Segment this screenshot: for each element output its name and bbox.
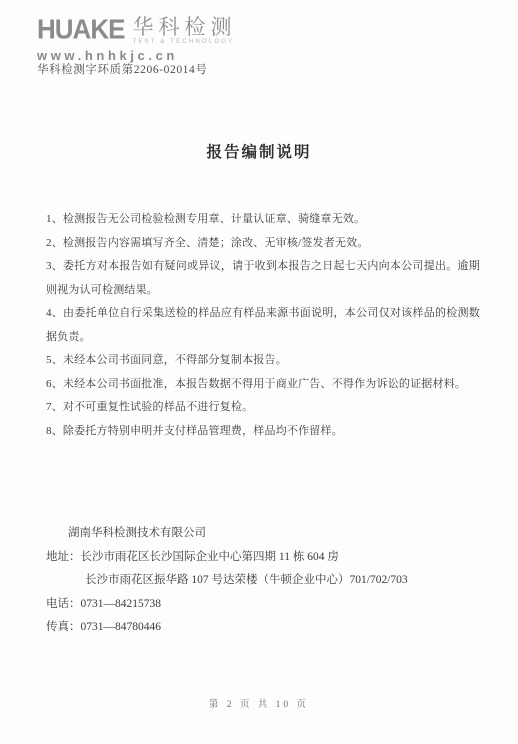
logo-tagline: TEST & TECHNOLOGY bbox=[132, 39, 236, 45]
company-address-line2: 长沙市雨花区振华路 107 号达荣楼（牛顿企业中心）701/702/703 bbox=[46, 569, 486, 593]
note-item-5: 5、未经本公司书面同意，不得部分复制本报告。 bbox=[46, 349, 480, 373]
note-item-7: 7、对不可重复性试验的样品不进行复检。 bbox=[46, 396, 480, 420]
certificate-number: 华科检测字环质第2206-02014号 bbox=[37, 61, 207, 77]
address-value-1: 长沙市雨花区长沙国际企业中心第四期 11 栋 604 房 bbox=[81, 551, 339, 563]
note-item-8: 8、除委托方特别申明并支付样品管理费，样品均不作留样。 bbox=[46, 420, 480, 444]
page-number: 第 2 页 共 10 页 bbox=[0, 696, 518, 710]
address-label: 地址： bbox=[46, 551, 81, 563]
company-phone: 电话：0731—84215738 bbox=[46, 593, 486, 617]
company-fax: 传真：0731—84780446 bbox=[46, 616, 486, 640]
fax-label: 传真： bbox=[46, 621, 81, 633]
company-address-line1: 地址：长沙市雨花区长沙国际企业中心第四期 11 栋 604 房 bbox=[46, 546, 486, 570]
note-item-1: 1、检测报告无公司检验检测专用章、计量认证章、骑缝章无效。 bbox=[46, 208, 480, 232]
company-name: 湖南华科检测技术有限公司 bbox=[46, 522, 486, 546]
phone-label: 电话： bbox=[46, 598, 81, 610]
logo-wordmark-en: HUAKE bbox=[37, 16, 124, 41]
note-item-2: 2、检测报告内容需填写齐全、清楚；涂改、无审核/签发者无效。 bbox=[46, 232, 480, 256]
company-logo: HUAKE 华科检测 TEST & TECHNOLOGY www.hnhkjc.… bbox=[37, 17, 236, 63]
note-item-3: 3、委托方对本报告如有疑问或异议，请于收到本报告之日起七天内向本公司提出。逾期则… bbox=[46, 255, 480, 302]
report-page: HUAKE 华科检测 TEST & TECHNOLOGY www.hnhkjc.… bbox=[0, 0, 518, 744]
note-item-6: 6、未经本公司书面批准，本报告数据不得用于商业广告、不得作为诉讼的证据材料。 bbox=[46, 373, 480, 397]
phone-value: 0731—84215738 bbox=[81, 598, 162, 610]
page-title: 报告编制说明 bbox=[0, 140, 518, 162]
note-item-4: 4、由委托单位自行采集送检的样品应有样品来源书面说明，本公司仅对该样品的检测数据… bbox=[46, 302, 480, 349]
logo-wordmark-cn: 华科检测 bbox=[132, 17, 236, 38]
fax-value: 0731—84780446 bbox=[81, 621, 162, 633]
report-notes-list: 1、检测报告无公司检验检测专用章、计量认证章、骑缝章无效。 2、检测报告内容需填… bbox=[46, 208, 480, 443]
company-contact-block: 湖南华科检测技术有限公司 地址：长沙市雨花区长沙国际企业中心第四期 11 栋 6… bbox=[46, 522, 486, 640]
